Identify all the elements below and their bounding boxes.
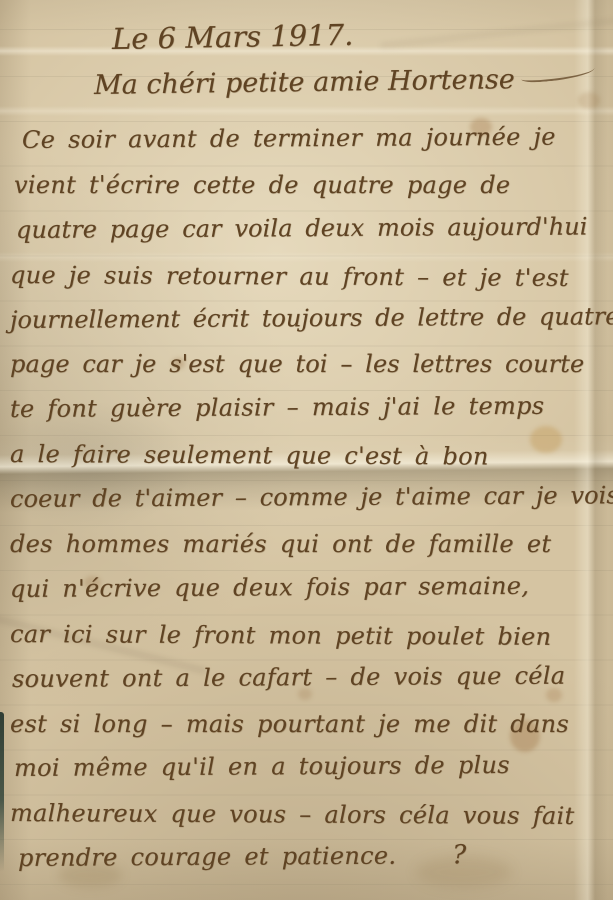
letter-salutation: Ma chéri petite amie Hortense (94, 64, 515, 101)
scan-edge-artifact (0, 712, 4, 872)
letter-line: des hommes mariés qui ont de famille et (10, 522, 610, 567)
letter-body: Ce soir avant de terminer ma journée je … (10, 118, 610, 881)
letter-line: souvent ont a le cafart – de vois que cé… (10, 653, 610, 702)
letter-salutation-row: Ma chéri petite amie Hortense (94, 63, 595, 101)
end-flourish-mark: ? (452, 833, 467, 878)
letter-line: vient t'écrire cette de quatre page de (10, 163, 610, 208)
letter-line-last: prendre courage et patience.? (10, 833, 610, 882)
letter-line: car ici sur le front mon petit poulet bi… (10, 612, 610, 660)
letter-line: coeur de t'aimer – comme je t'aime car j… (10, 473, 610, 522)
pen-flourish (520, 63, 595, 83)
letter-line: qui n'écrive que deux fois par semaine, (10, 563, 610, 612)
letter-line: que je suis retourner au front – et je t… (10, 253, 610, 301)
letter-date: Le 6 Mars 1917. (112, 18, 354, 56)
letter-line: prendre courage et patience. (18, 842, 396, 872)
letter-line: page car je s'est que toi – les lettres … (10, 342, 610, 387)
letter-line: quatre page car voila deux mois aujourd'… (10, 204, 610, 253)
letter-page: Le 6 Mars 1917. Ma chéri petite amie Hor… (0, 0, 613, 900)
letter-line: moi même qu'il en a toujours de plus (10, 743, 610, 792)
letter-line: journellement écrit toujours de lettre d… (10, 294, 610, 343)
letter-line: te font guère plaisir – mais j'ai le tem… (10, 384, 610, 433)
letter-line: Ce soir avant de terminer ma journée je (10, 114, 610, 163)
paper-wrinkle (380, 17, 613, 48)
letter-line: est si long – mais pourtant je me dit da… (10, 702, 610, 747)
paper-stain (578, 92, 600, 109)
